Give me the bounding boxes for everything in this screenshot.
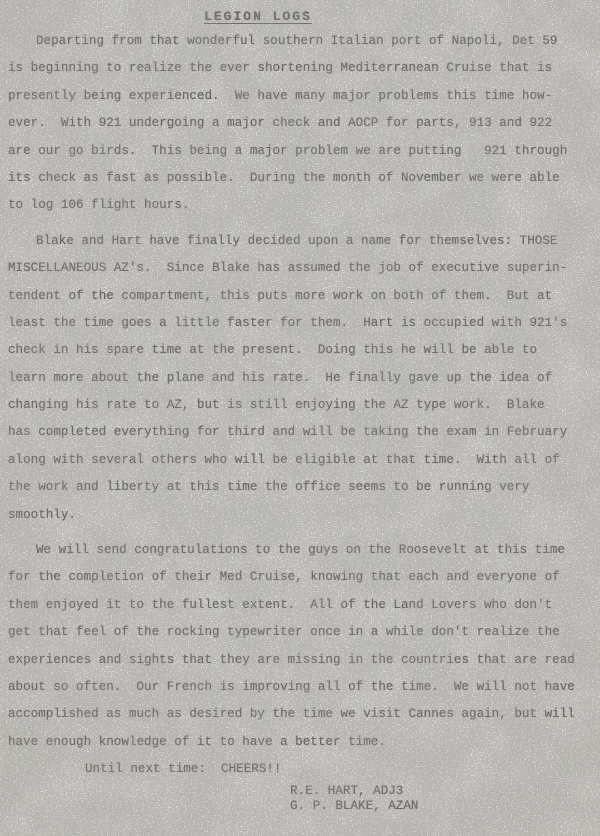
text-line: along with several others who will be el…	[8, 447, 592, 474]
text-line: have enough knowledge of it to have a be…	[8, 729, 592, 756]
text-line: are our go birds. This being a major pro…	[8, 138, 592, 165]
text-line: about so often. Our French is improving …	[8, 674, 592, 701]
text-line: ever. With 921 undergoing a major check …	[8, 110, 592, 137]
text-line: its check as fast as possible. During th…	[8, 165, 592, 192]
text-line: learn more about the plane and his rate.…	[8, 365, 592, 392]
title-row: LEGION LOGS	[8, 6, 508, 27]
signature-blake: G. P. BLAKE, AZAN	[290, 799, 592, 815]
closing-line: Until next time: CHEERS!!	[8, 756, 592, 783]
text-line: them enjoyed it to the fullest extent. A…	[8, 592, 592, 619]
text-line: changing his rate to AZ, but is still en…	[8, 392, 592, 419]
text-line: the work and liberty at this time the of…	[8, 474, 592, 501]
text-line: experiences and sights that they are mis…	[8, 647, 592, 674]
text-line: least the time goes a little faster for …	[8, 310, 592, 337]
text-line: Blake and Hart have finally decided upon…	[8, 228, 592, 255]
document-title: LEGION LOGS	[204, 9, 312, 24]
text-line: get that feel of the rocking typewriter …	[8, 619, 592, 646]
text-line: MISCELLANEOUS AZ's. Since Blake has assu…	[8, 255, 592, 282]
document-page: LEGION LOGS Departing from that wonderfu…	[0, 0, 600, 836]
text-line: check in his spare time at the present. …	[8, 337, 592, 364]
text-line: Departing from that wonderful southern I…	[8, 28, 592, 55]
text-line: presently being experienced. We have man…	[8, 83, 592, 110]
text-line: to log 106 flight hours.	[8, 192, 592, 219]
paragraph-3: We will send congratulations to the guys…	[8, 537, 592, 756]
text-line: accomplished as much as desired by the t…	[8, 701, 592, 728]
text-line: is beginning to realize the ever shorten…	[8, 55, 592, 82]
signature-block: R.E. HART, ADJ3 G. P. BLAKE, AZAN	[8, 784, 592, 815]
text-line: We will send congratulations to the guys…	[8, 537, 592, 564]
text-line: has completed everything for third and w…	[8, 419, 592, 446]
signature-hart: R.E. HART, ADJ3	[290, 784, 592, 800]
paragraph-2: Blake and Hart have finally decided upon…	[8, 228, 592, 529]
text-line: for the completion of their Med Cruise, …	[8, 564, 592, 591]
text-line: smoothly.	[8, 502, 592, 529]
paragraph-1: Departing from that wonderful southern I…	[8, 28, 592, 220]
text-line: tendent of the compartment, this puts mo…	[8, 283, 592, 310]
